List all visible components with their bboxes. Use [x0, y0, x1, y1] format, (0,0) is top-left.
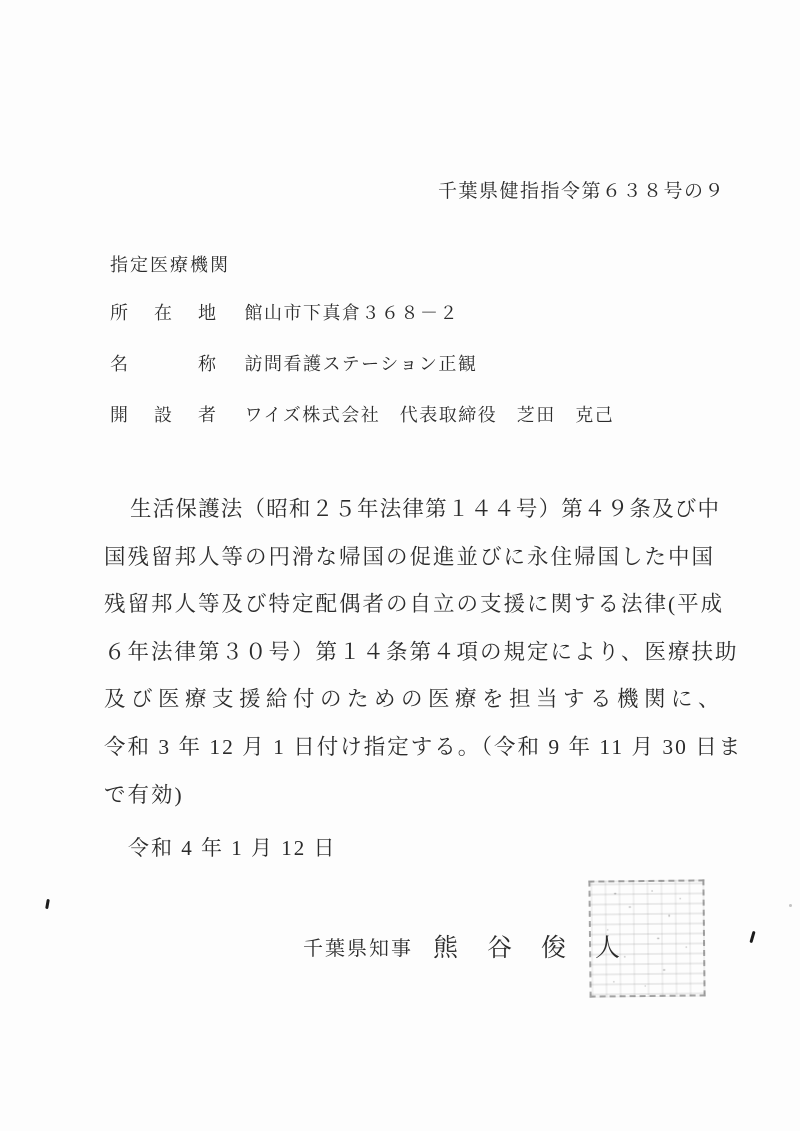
- label-char: 者: [198, 401, 216, 427]
- signer-title: 千葉県知事: [303, 932, 413, 961]
- body-line: 及び医療支援給付のための医療を担当する機関に、: [104, 676, 744, 724]
- label-char: 開: [110, 401, 128, 427]
- body-line: 生活保護法（昭和２５年法律第１４４号）第４９条及び中: [104, 486, 744, 534]
- body-line: ６年法律第３０号）第１４条第４項の規定により、医療扶助: [104, 629, 744, 677]
- field-value-address: 館山市下真倉３６８－２: [245, 299, 460, 325]
- field-value-name: 訪問看護ステーション正観: [245, 350, 478, 376]
- name-char: 人: [595, 928, 620, 964]
- issue-date: 令和 4 年 1 月 12 日: [128, 832, 337, 862]
- body-line: 残留邦人等及び特定配偶者の自立の支援に関する法律(平成: [104, 581, 744, 629]
- label-char: 地: [198, 299, 216, 325]
- label-char: 所: [110, 299, 128, 325]
- name-char: 俊: [541, 928, 566, 964]
- field-row-address: 所在地 館山市下真倉３６８－２: [110, 299, 459, 325]
- name-char: 熊: [433, 928, 458, 964]
- label-char: 名: [110, 350, 128, 376]
- field-row-name: 名称 訪問看護ステーション正観: [110, 350, 477, 376]
- field-value-founder: ワイズ株式会社 代表取締役 芝田 克己: [245, 401, 615, 427]
- scan-artifact-mark: [45, 899, 50, 909]
- document-number: 千葉県健指指令第６３８号の９: [438, 176, 725, 203]
- field-label-address: 所在地: [110, 299, 216, 325]
- scan-artifact-mark: [749, 931, 755, 943]
- field-label-name: 名称: [110, 350, 216, 376]
- label-char: 設: [154, 401, 172, 427]
- field-row-founder: 開設者 ワイズ株式会社 代表取締役 芝田 克己: [110, 401, 614, 427]
- field-label-founder: 開設者: [110, 401, 216, 427]
- body-line: 令和 3 年 12 月 1 日付け指定する。（令和 9 年 11 月 30 日ま: [104, 724, 744, 772]
- signer-name: 熊谷俊人: [433, 928, 620, 964]
- signature-line: 千葉県知事 熊谷俊人: [303, 928, 620, 964]
- label-char: 称: [198, 350, 216, 376]
- name-char: 谷: [487, 928, 512, 964]
- body-line: で有効): [104, 772, 744, 820]
- body-line: 国残留邦人等の円滑な帰国の促進並びに永住帰国した中国: [104, 534, 744, 582]
- scanned-document-page: 千葉県健指指令第６３８号の９ 指定医療機関 所在地 館山市下真倉３６８－２ 名称…: [0, 0, 800, 1131]
- label-char: 在: [154, 299, 172, 325]
- heading-designated-medical-institution: 指定医療機関: [110, 251, 230, 277]
- scan-artifact-speck: [789, 904, 792, 907]
- body-paragraph: 生活保護法（昭和２５年法律第１４４号）第４９条及び中 国残留邦人等の円滑な帰国の…: [104, 486, 744, 819]
